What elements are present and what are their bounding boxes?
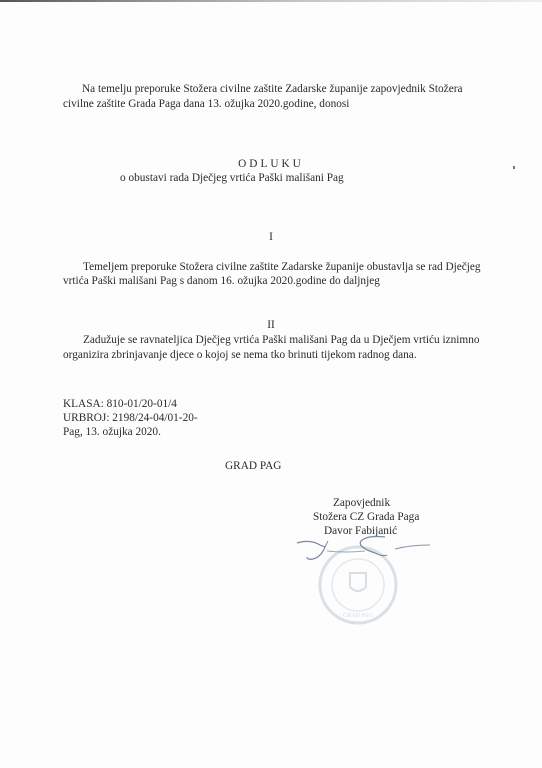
- section-2-heading: II: [0, 318, 542, 333]
- place-date: Pag, 13. ožujka 2020.: [63, 425, 161, 440]
- section-1-line-1: Temeljem preporuke Stožera civilne zašti…: [83, 260, 481, 275]
- section-1-line-2: vrtića Paški mališani Pag s danom 16. ož…: [63, 274, 380, 289]
- klasa-number: KLASA: 810-01/20-01/4: [63, 397, 177, 412]
- signatory-body: Stožera CZ Grada Paga: [313, 510, 419, 525]
- signatory-role: Zapovjednik: [333, 496, 390, 511]
- intro-line-1: Na temelju preporuke Stožera civilne zaš…: [82, 82, 462, 97]
- document-title: ODLUKU: [0, 157, 542, 172]
- section-2-line-1: Zadužuje se ravnateljica Dječjeg vrtića …: [83, 333, 480, 348]
- intro-line-2: civilne zaštite Grada Paga dana 13. ožuj…: [63, 97, 349, 112]
- handwritten-signature-icon: [295, 535, 435, 575]
- issuer-name: GRAD PAG: [225, 459, 281, 474]
- scan-speck: [513, 166, 515, 169]
- urbroj-number: URBROJ: 2198/24-04/01-20-: [63, 411, 198, 426]
- section-2-line-2: organizira zbrinjavanje djece o kojoj se…: [63, 348, 417, 363]
- document-subtitle: o obustavi rada Dječjeg vrtića Paški mal…: [120, 171, 344, 186]
- svg-text:GRAD PAG: GRAD PAG: [343, 613, 374, 619]
- scan-edge: [0, 0, 542, 2]
- section-1-heading: I: [0, 230, 542, 245]
